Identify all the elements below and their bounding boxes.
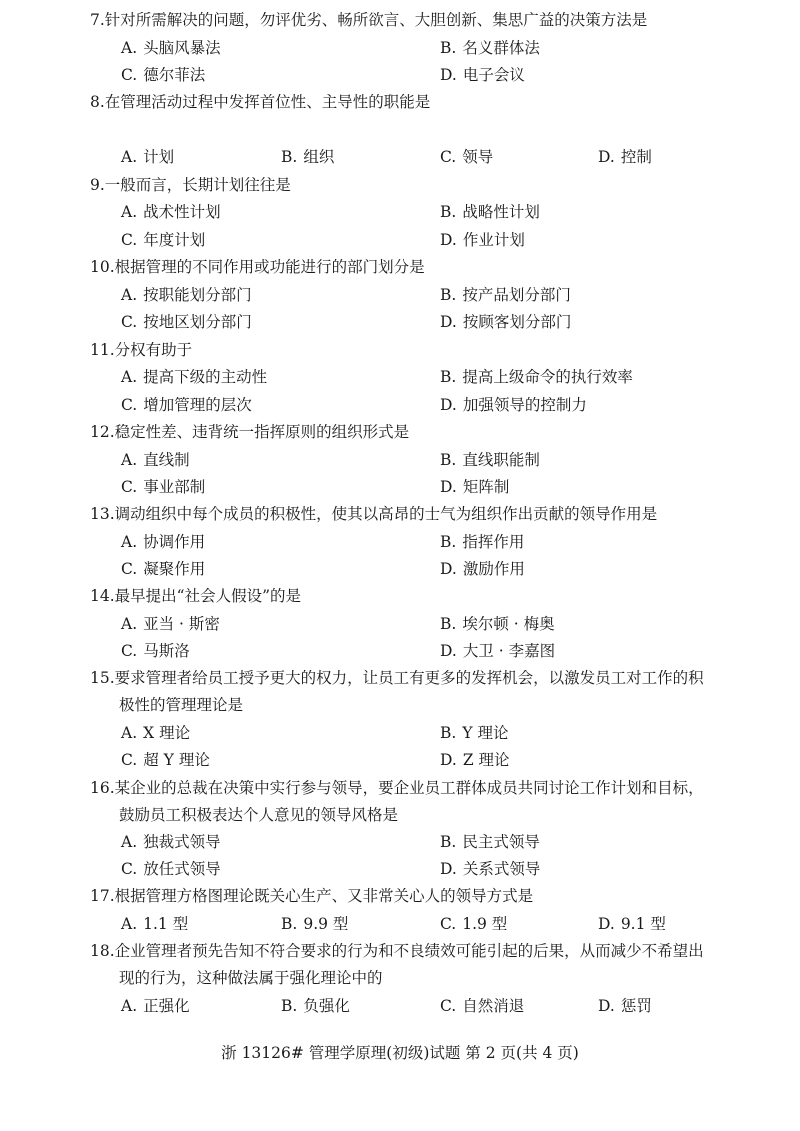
question-18-stem-continued: 现的行为，这种做法属于强化理论中的 (119, 968, 383, 988)
question-12-option-b: B.直线职能制 (440, 450, 540, 470)
question-17-option-d: D.9.1 型 (598, 914, 666, 934)
question-17-option-c: C.1.9 型 (440, 914, 507, 934)
question-16-option-c: C.放任式领导 (121, 859, 221, 879)
question-12-stem: 12.稳定性差、违背统一指挥原则的组织形式是 (90, 422, 409, 442)
question-16-stem-continued: 鼓励员工积极表达个人意见的领导风格是 (119, 805, 398, 825)
question-14-option-b: B.埃尔顿 · 梅奥 (440, 614, 555, 634)
question-11-option-a: A.提高下级的主动性 (121, 367, 267, 387)
question-9-stem: 9.一般而言，长期计划往往是 (90, 175, 291, 195)
question-10-stem: 10.根据管理的不同作用或功能进行的部门划分是 (90, 257, 425, 277)
question-13-option-b: B.指挥作用 (440, 532, 524, 552)
question-7-option-c: C.德尔菲法 (121, 65, 205, 85)
question-17-option-a: A.1.1 型 (121, 914, 188, 934)
question-11-stem: 11.分权有助于 (90, 340, 192, 360)
question-12-option-d: D.矩阵制 (440, 477, 509, 497)
question-9-option-d: D.作业计划 (440, 230, 525, 250)
question-18-option-d: D.惩罚 (598, 996, 652, 1016)
question-13-option-c: C.凝聚作用 (121, 559, 205, 579)
question-18-option-b: B.负强化 (281, 996, 350, 1016)
question-13-option-d: D.激励作用 (440, 559, 525, 579)
question-16-option-a: A.独裁式领导 (121, 832, 221, 852)
question-16-option-b: B.民主式领导 (440, 832, 540, 852)
question-16-option-d: D.关系式领导 (440, 859, 540, 879)
question-14-stem: 14.最早提出“社会人假设”的是 (90, 586, 301, 606)
question-10-option-a: A.按职能划分部门 (121, 285, 252, 305)
question-16-stem: 16.某企业的总裁在决策中实行参与领导，要企业员工群体成员共同讨论工作计划和目标… (90, 778, 704, 798)
question-15-stem: 15.要求管理者给员工授予更大的权力，让员工有更多的发挥机会，以激发员工对工作的… (90, 668, 704, 688)
question-8-option-c: C.领导 (440, 147, 493, 167)
page-footer: 浙 13126# 管理学原理(初级)试题 第 2 页(共 4 页) (0, 1043, 800, 1063)
question-12-option-a: A.直线制 (121, 450, 190, 470)
question-11-option-d: D.加强领导的控制力 (440, 395, 587, 415)
question-15-option-b: B.Y 理论 (440, 723, 509, 743)
question-11-option-c: C.增加管理的层次 (121, 395, 252, 415)
question-18-option-a: A.正强化 (121, 996, 190, 1016)
question-8-option-a: A.计划 (121, 147, 174, 167)
question-18-stem: 18.企业管理者预先告知不符合要求的行为和不良绩效可能引起的后果，从而减少不希望… (90, 941, 704, 961)
question-18-option-c: C.自然消退 (440, 996, 524, 1016)
question-7-option-a: A.头脑风暴法 (121, 38, 221, 58)
question-13-stem: 13.调动组织中每个成员的积极性，使其以高昂的士气为组织作出贡献的领导作用是 (90, 504, 657, 524)
question-8-option-b: B.组织 (281, 147, 334, 167)
question-13-option-a: A.协调作用 (121, 532, 205, 552)
question-14-option-c: C.马斯洛 (121, 641, 190, 661)
question-15-option-a: A.X 理论 (121, 723, 190, 743)
question-8-stem: 8.在管理活动过程中发挥首位性、主导性的职能是 (90, 92, 430, 112)
question-15-stem-continued: 极性的管理理论是 (119, 695, 243, 715)
question-14-option-d: D.大卫 · 李嘉图 (440, 641, 555, 661)
question-12-option-c: C.事业部制 (121, 477, 205, 497)
question-9-option-b: B.战略性计划 (440, 202, 540, 222)
question-7-stem: 7.针对所需解决的问题，勿评优劣、畅所欲言、大胆创新、集思广益的决策方法是 (90, 10, 647, 30)
question-15-option-d: D.Z 理论 (440, 750, 510, 770)
question-17-option-b: B.9.9 型 (281, 914, 348, 934)
question-7-option-b: B.名义群体法 (440, 38, 540, 58)
question-9-option-a: A.战术性计划 (121, 202, 221, 222)
exam-page: 7.针对所需解决的问题，勿评优劣、畅所欲言、大胆创新、集思广益的决策方法是 A.… (0, 0, 800, 1131)
question-10-option-c: C.按地区划分部门 (121, 312, 252, 332)
question-15-option-c: C.超 Y 理论 (121, 750, 210, 770)
question-9-option-c: C.年度计划 (121, 230, 205, 250)
question-14-option-a: A.亚当 · 斯密 (121, 614, 220, 634)
question-10-option-d: D.按顾客划分部门 (440, 312, 571, 332)
question-11-option-b: B.提高上级命令的执行效率 (440, 367, 633, 387)
question-17-stem: 17.根据管理方格图理论既关心生产、又非常关心人的领导方式是 (90, 886, 533, 906)
question-8-option-d: D.控制 (598, 147, 652, 167)
question-10-option-b: B.按产品划分部门 (440, 285, 571, 305)
question-7-option-d: D.电子会议 (440, 65, 525, 85)
